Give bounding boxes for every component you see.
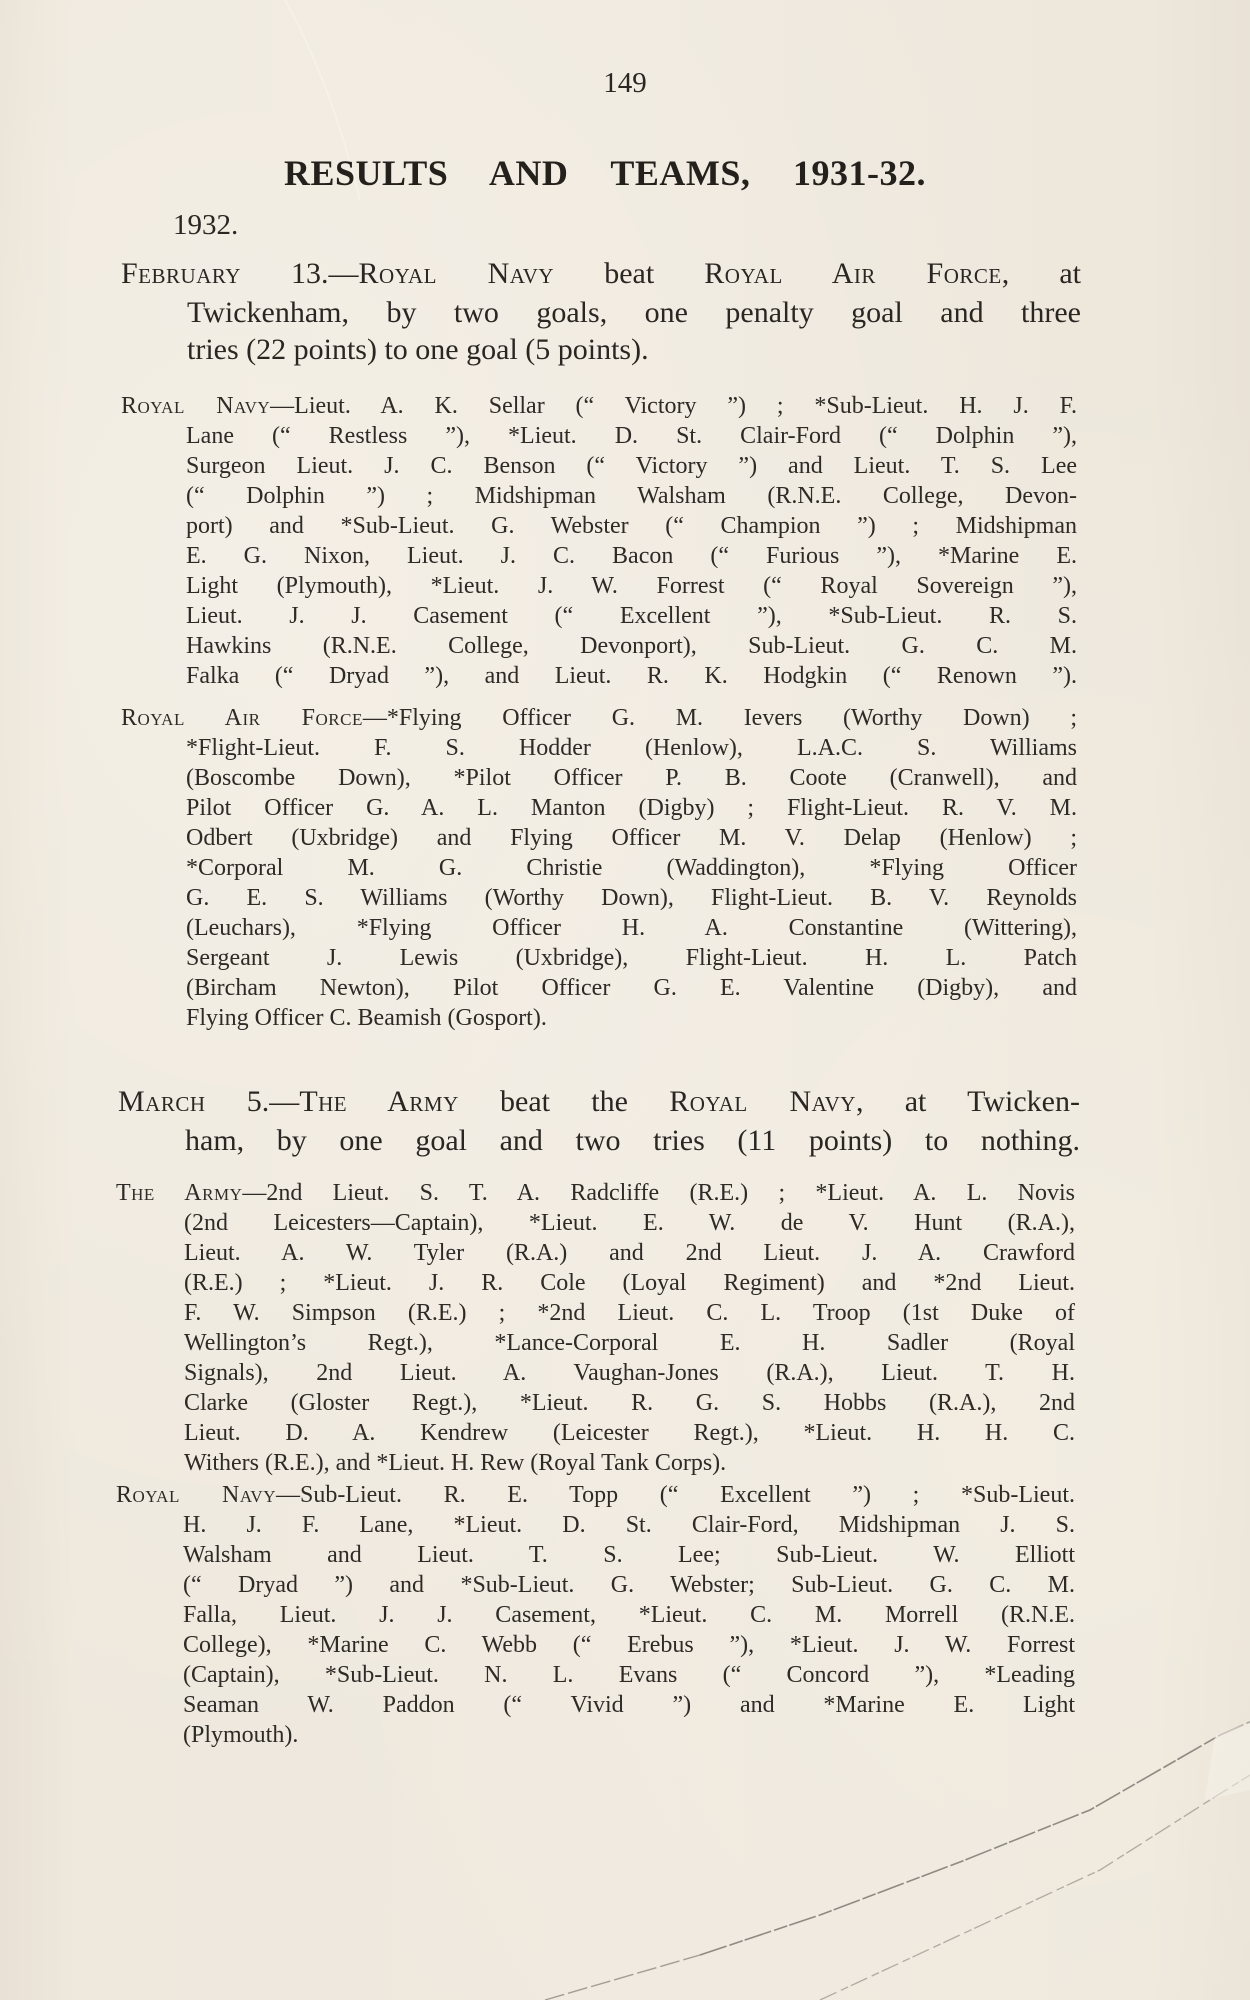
team-players: —Lieut. A. K. Sellar (“ Victory ”) ; *Su… [270,393,1077,419]
team-line: Falla, Lieut. J. J. Casement, *Lieut. C.… [183,1600,1075,1630]
team-line: Lieut. J. J. Casement (“ Excellent ”), *… [186,601,1077,631]
team-line: Wellington’s Regt.), *Lance-Corporal E. … [184,1328,1075,1358]
season-year: 1932. [173,208,238,242]
match-heading-line: tries (22 points) to one goal (5 points)… [187,332,1081,368]
team-line: (Plymouth). [183,1720,1075,1750]
team-line: Withers (R.E.), and *Lieut. H. Rew (Roya… [184,1448,1075,1478]
team-line: Surgeon Lieut. J. C. Benson (“ Victory ”… [186,451,1077,481]
team-line: (“ Dolphin ”) ; Midshipman Walsham (R.N.… [186,481,1077,511]
team-name: Royal Navy [121,393,270,419]
team-line: H. J. F. Lane, *Lieut. D. St. Clair-Ford… [183,1510,1075,1540]
team-line: Hawkins (R.N.E. College, Devonport), Sub… [186,631,1077,661]
losing-team: Royal Navy [669,1085,856,1118]
match-date-month: February [121,257,241,290]
team-line: Lieut. D. A. Kendrew (Leicester Regt.), … [184,1418,1075,1448]
team-name: Royal Navy [116,1482,276,1508]
team-line: The Army—2nd Lieut. S. T. A. Radcliffe (… [116,1178,1075,1208]
team-line: Lieut. A. W. Tyler (R.A.) and 2nd Lieut.… [184,1238,1075,1268]
team-name: Royal Air Force [121,705,363,731]
team-line: (Bircham Newton), Pilot Officer G. E. Va… [186,973,1077,1003]
team-line: Flying Officer C. Beamish (Gosport). [186,1003,1077,1033]
team-line: (R.E.) ; *Lieut. J. R. Cole (Loyal Regim… [184,1268,1075,1298]
team-name: The Army [116,1180,242,1206]
heading-rest: , at Twicken- [856,1085,1080,1118]
heading-connector: beat [554,257,704,290]
match-heading-line: March 5.—The Army beat the Royal Navy, a… [118,1084,1080,1120]
heading-rest: , at [1002,257,1081,290]
winning-team: Royal Navy [359,257,555,290]
match-date-day: 5.— [206,1085,300,1118]
team-line: Royal Air Force—*Flying Officer G. M. Ie… [121,703,1077,733]
page-title: RESULTS AND TEAMS, 1931-32. [284,151,926,195]
match-heading-line: ham, by one goal and two tries (11 point… [185,1123,1080,1159]
team-line: Odbert (Uxbridge) and Flying Officer M. … [186,823,1077,853]
team-line: E. G. Nixon, Lieut. J. C. Bacon (“ Furio… [186,541,1077,571]
team-line: F. W. Simpson (R.E.) ; *2nd Lieut. C. L.… [184,1298,1075,1328]
team-players: —Sub-Lieut. R. E. Topp (“ Excellent ”) ;… [276,1482,1075,1508]
team-line: Light (Plymouth), *Lieut. J. W. Forrest … [186,571,1077,601]
team-line: G. E. S. Williams (Worthy Down), Flight-… [186,883,1077,913]
match-heading-line: Twickenham, by two goals, one penalty go… [187,295,1081,331]
winning-team: The Army [299,1085,458,1118]
team-line: Falka (“ Dryad ”), and Lieut. R. K. Hodg… [186,661,1077,691]
heading-connector: beat the [459,1085,669,1118]
team-line: College), *Marine C. Webb (“ Erebus ”), … [183,1630,1075,1660]
page-number: 149 [0,66,1250,100]
team-line: Seaman W. Paddon (“ Vivid ”) and *Marine… [183,1690,1075,1720]
team-line: Clarke (Gloster Regt.), *Lieut. R. G. S.… [184,1388,1075,1418]
team-line: (Captain), *Sub-Lieut. N. L. Evans (“ Co… [183,1660,1075,1690]
team-players: —*Flying Officer G. M. Ievers (Worthy Do… [363,705,1077,731]
team-line: Lane (“ Restless ”), *Lieut. D. St. Clai… [186,421,1077,451]
team-line: *Corporal M. G. Christie (Waddington), *… [186,853,1077,883]
team-line: (Leuchars), *Flying Officer H. A. Consta… [186,913,1077,943]
team-line: (Boscombe Down), *Pilot Officer P. B. Co… [186,763,1077,793]
team-line: port) and *Sub-Lieut. G. Webster (“ Cham… [186,511,1077,541]
match-heading-line: February 13.—Royal Navy beat Royal Air F… [121,256,1081,292]
team-line: Royal Navy—Sub-Lieut. R. E. Topp (“ Exce… [116,1480,1075,1510]
team-players: —2nd Lieut. S. T. A. Radcliffe (R.E.) ; … [242,1180,1075,1206]
team-line: (2nd Leicesters—Captain), *Lieut. E. W. … [184,1208,1075,1238]
team-line: Pilot Officer G. A. L. Manton (Digby) ; … [186,793,1077,823]
team-line: *Flight-Lieut. F. S. Hodder (Henlow), L.… [186,733,1077,763]
team-line: Sergeant J. Lewis (Uxbridge), Flight-Lie… [186,943,1077,973]
match-date-day: 13.— [241,257,359,290]
team-line: (“ Dryad ”) and *Sub-Lieut. G. Webster; … [183,1570,1075,1600]
match-date-month: March [118,1085,206,1118]
team-line: Signals), 2nd Lieut. A. Vaughan-Jones (R… [184,1358,1075,1388]
losing-team: Royal Air Force [704,257,1001,290]
team-line: Walsham and Lieut. T. S. Lee; Sub-Lieut.… [183,1540,1075,1570]
team-line: Royal Navy—Lieut. A. K. Sellar (“ Victor… [121,391,1077,421]
